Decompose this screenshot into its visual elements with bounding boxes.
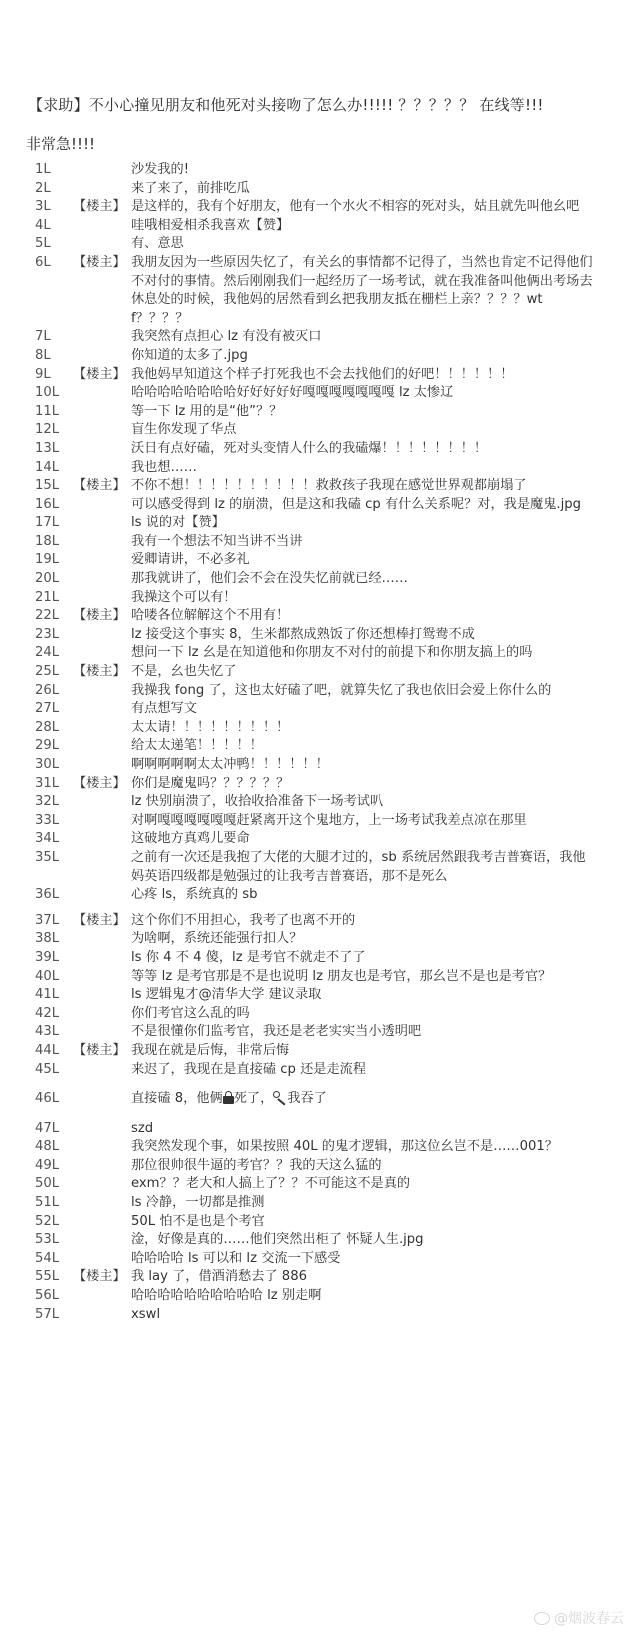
reply-row: 23Llz 接受这个事实 8，生米都熬成熟饭了你还想棒打鸳鸯不成 [0, 626, 640, 645]
reply-row: 11L等一下 lz 用的是“他”？？ [0, 403, 640, 422]
op-tag [73, 514, 131, 533]
op-tag [73, 421, 131, 440]
reply-row: 41Lls 逻辑鬼才@清华大学 建议录取 [0, 986, 640, 1005]
floor-number: 1L [0, 161, 73, 180]
floor-number: 34L [0, 830, 73, 849]
floor-number: 16L [0, 496, 73, 515]
reply-row: 36L心疼 ls，系统真的 sb [0, 886, 640, 905]
reply-content: exm？？老大和人搞上了？？不可能这不是真的 [131, 1175, 597, 1194]
op-tag [73, 737, 131, 756]
reply-content: 为啥啊，系统还能强行扣人？ [131, 930, 597, 949]
reply-row: 3L【楼主】是这样的，我有个好朋友，他有一个水火不相容的死对头，姑且就先叫他幺吧 [0, 198, 640, 217]
reply-row: 8L你知道的太多了.jpg [0, 347, 640, 366]
floor-number: 56L [0, 1287, 73, 1306]
op-tag [73, 384, 131, 403]
reply-content: 给太太递笔！！！！！ [131, 737, 597, 756]
op-tag [73, 1157, 131, 1176]
reply-content: 淦，好像是真的……他们突然出柜了 怀疑人生.jpg [131, 1231, 597, 1250]
reply-content: 哈哈哈哈哈哈哈哈好好好好好嘎嘎嘎嘎嘎嘎嘎 lz 太惨辽 [131, 384, 597, 403]
reply-row: 57Lxswl [0, 1306, 640, 1325]
floor-number: 33L [0, 812, 73, 831]
op-tag [73, 793, 131, 812]
floor-number: 43L [0, 1023, 73, 1042]
reply-content: 我朋友因为一些原因失忆了，有关幺的事情都不记得了，当然也肯定不记得他们不对付的事… [131, 254, 597, 328]
op-tag [73, 570, 131, 589]
reply-content: 那我就讲了，他们会不会在没失忆前就已经…… [131, 570, 597, 589]
reply-content: 是这样的，我有个好朋友，他有一个水火不相容的死对头，姑且就先叫他幺吧 [131, 198, 597, 217]
reply-row: 32Llz 快别崩溃了，收拾收拾准备下一场考试叭 [0, 793, 640, 812]
floor-number: 18L [0, 533, 73, 552]
reply-row: 37L【楼主】这个你们不用担心，我考了也离不开的 [0, 912, 640, 931]
op-tag: 【楼主】 [73, 366, 131, 385]
op-tag [73, 1306, 131, 1325]
reply-content: xswl [131, 1306, 597, 1325]
floor-number: 49L [0, 1157, 73, 1176]
floor-number: 3L [0, 198, 73, 217]
reply-content: ls 冷静，一切都是推测 [131, 1194, 597, 1213]
op-tag [73, 1090, 131, 1109]
weibo-icon [534, 1612, 550, 1625]
op-tag [73, 1120, 131, 1139]
floor-number: 37L [0, 912, 73, 931]
reply-content: 我突然发现个事，如果按照 40L 的鬼才逻辑，那这位幺岂不是……001？ [131, 1138, 597, 1157]
op-tag [73, 930, 131, 949]
op-tag: 【楼主】 [73, 663, 131, 682]
floor-number: 2L [0, 180, 73, 199]
floor-number: 51L [0, 1194, 73, 1213]
op-tag [73, 1061, 131, 1080]
reply-row: 2L来了来了，前排吃瓜 [0, 180, 640, 199]
watermark: @烟波春云 [534, 1608, 624, 1628]
op-tag [73, 551, 131, 570]
reply-row: 51Lls 冷静，一切都是推测 [0, 1194, 640, 1213]
floor-number: 7L [0, 328, 73, 347]
reply-row: 52L50L 怕不是也是个考官 [0, 1213, 640, 1232]
reply-content: 沃日有点好磕，死对头变情人什么的我磕爆！！！！！！！！ [131, 440, 597, 459]
reply-content: ls 说的对【赞】 [131, 514, 597, 533]
reply-row: 4L哇哦相爱相杀我喜欢【赞】 [0, 217, 640, 236]
reply-thread: 1L沙发我的! 2L来了来了，前排吃瓜 3L【楼主】是这样的，我有个好朋友，他有… [0, 161, 640, 1324]
op-tag [73, 1213, 131, 1232]
reply-content: 盲生你发现了华点 [131, 421, 597, 440]
floor-number: 17L [0, 514, 73, 533]
floor-number: 14L [0, 459, 73, 478]
reply-content: lz 接受这个事实 8，生米都熬成熟饭了你还想棒打鸳鸯不成 [131, 626, 597, 645]
floor-number: 41L [0, 986, 73, 1005]
reply-content: 爱卿请讲，不必多礼 [131, 551, 597, 570]
reply-row: 28L太太请！！！！！！！！！ [0, 719, 640, 738]
reply-row: 9L【楼主】我他妈早知道这个样子打死我也不会去找他们的好吧！！！！！！ [0, 366, 640, 385]
reply-row: 40L等等 lz 是考官那是不是也说明 lz 朋友也是考官，那幺岂不是也是考官？ [0, 968, 640, 987]
op-tag: 【楼主】 [73, 254, 131, 328]
op-tag [73, 1138, 131, 1157]
floor-number: 36L [0, 886, 73, 905]
reply-content: 这个你们不用担心，我考了也离不开的 [131, 912, 597, 931]
reply-content: 可以感受得到 lz 的崩溃，但是这和我磕 cp 有什么关系呢？对，我是魔鬼.jp… [131, 496, 597, 515]
watermark-text: @烟波春云 [554, 1608, 624, 1628]
reply-content: 那位很帅很牛逼的考官？？我的天这么猛的 [131, 1157, 597, 1176]
floor-number: 6L [0, 254, 73, 328]
op-tag [73, 1231, 131, 1250]
op-tag [73, 403, 131, 422]
reply-row: 27L有点想写文 [0, 700, 640, 719]
op-tag [73, 644, 131, 663]
reply-content: 之前有一次还是我抱了大佬的大腿才过的，sb 系统居然跟我考吉普赛语，我他妈英语四… [131, 849, 597, 886]
reply-content: 我 lay 了，借酒消愁去了 886 [131, 1268, 597, 1287]
reply-row: 22L【楼主】哈喽各位解解这个不用有！ [0, 607, 640, 626]
reply-row: 14L我也想…… [0, 459, 640, 478]
op-tag [73, 180, 131, 199]
op-tag [73, 1194, 131, 1213]
op-tag [73, 589, 131, 608]
floor-number: 53L [0, 1231, 73, 1250]
floor-number: 39L [0, 949, 73, 968]
reply-content: 哈哈哈哈 ls 可以和 lz 交流一下感受 [131, 1250, 597, 1269]
floor-number: 26L [0, 682, 73, 701]
reply-row: 44L【楼主】我现在就是后悔，非常后悔 [0, 1042, 640, 1061]
reply-content: 我也想…… [131, 459, 597, 478]
reply-row: 48L我突然发现个事，如果按照 40L 的鬼才逻辑，那这位幺岂不是……001？ [0, 1138, 640, 1157]
post-title: 【求助】不小心撞见朋友和他死对头接吻了怎么办!!!!! ？？？？？ 在线等!!! [28, 94, 544, 115]
op-tag [73, 328, 131, 347]
op-tag: 【楼主】 [73, 775, 131, 794]
op-tag [73, 161, 131, 180]
floor-number: 27L [0, 700, 73, 719]
reply-row: 43L不是很懂你们监考官，我还是老老实实当小透明吧 [0, 1023, 640, 1042]
op-tag [73, 459, 131, 478]
floor-number: 31L [0, 775, 73, 794]
reply-content: 等一下 lz 用的是“他”？？ [131, 403, 597, 422]
reply-content: 我现在就是后悔，非常后悔 [131, 1042, 597, 1061]
reply-row: 5L有、意思 [0, 235, 640, 254]
reply-row: 19L爱卿请讲，不必多礼 [0, 551, 640, 570]
reply-row: 55L【楼主】我 lay 了，借酒消愁去了 886 [0, 1268, 640, 1287]
reply-row: 56L哈哈哈哈哈哈哈哈哈哈 lz 别走啊 [0, 1287, 640, 1306]
floor-number: 15L [0, 477, 73, 496]
reply-row: 29L给太太递笔！！！！！ [0, 737, 640, 756]
floor-number: 5L [0, 235, 73, 254]
reply-content: 等等 lz 是考官那是不是也说明 lz 朋友也是考官，那幺岂不是也是考官？ [131, 968, 597, 987]
op-tag [73, 533, 131, 552]
reply-content: 有、意思 [131, 235, 597, 254]
op-tag [73, 1175, 131, 1194]
floor-number: 52L [0, 1213, 73, 1232]
reply-content: 来了来了，前排吃瓜 [131, 180, 597, 199]
op-tag: 【楼主】 [73, 198, 131, 217]
op-tag: 【楼主】 [73, 1042, 131, 1061]
reply-row: 38L为啥啊，系统还能强行扣人？ [0, 930, 640, 949]
reply-content: 哇哦相爱相杀我喜欢【赞】 [131, 217, 597, 236]
op-tag [73, 347, 131, 366]
floor-number: 40L [0, 968, 73, 987]
reply-content: ls 你 4 不 4 傻，lz 是考官不就走不了了 [131, 949, 597, 968]
reply-row: 49L那位很帅很牛逼的考官？？我的天这么猛的 [0, 1157, 640, 1176]
op-tag [73, 496, 131, 515]
reply-row: 34L这破地方真鸡儿要命 [0, 830, 640, 849]
reply-row: 24L想问一下 lz 幺是在知道他和你朋友不对付的前提下和你朋友搞上的吗 [0, 644, 640, 663]
floor-number: 35L [0, 849, 73, 886]
op-tag: 【楼主】 [73, 1268, 131, 1287]
reply-content: 我他妈早知道这个样子打死我也不会去找他们的好吧！！！！！！ [131, 366, 597, 385]
op-tag [73, 849, 131, 886]
reply-content: 不是很懂你们监考官，我还是老老实实当小透明吧 [131, 1023, 597, 1042]
reply-content: 我操我 fong 了，这也太好磕了吧，就算失忆了我也依旧会爱上你什么的 [131, 682, 597, 701]
reply-content: 不你不想！！！！！！！！！！救救孩子我现在感觉世界观都崩塌了 [131, 477, 597, 496]
reply-row: 10L哈哈哈哈哈哈哈哈好好好好好嘎嘎嘎嘎嘎嘎嘎 lz 太惨辽 [0, 384, 640, 403]
reply-content: 想问一下 lz 幺是在知道他和你朋友不对付的前提下和你朋友搞上的吗 [131, 644, 597, 663]
reply-text: 死了， [234, 1091, 274, 1106]
reply-content: 对啊嘎嘎嘎嘎嘎嘎赶紧离开这个鬼地方，上一场考试我差点凉在那里 [131, 812, 597, 831]
op-tag [73, 986, 131, 1005]
floor-number: 29L [0, 737, 73, 756]
reply-row: 15L【楼主】不你不想！！！！！！！！！！救救孩子我现在感觉世界观都崩塌了 [0, 477, 640, 496]
floor-number: 45L [0, 1061, 73, 1080]
reply-content: 哈哈哈哈哈哈哈哈哈哈 lz 别走啊 [131, 1287, 597, 1306]
reply-row: 50Lexm？？老大和人搞上了？？不可能这不是真的 [0, 1175, 640, 1194]
op-tag [73, 1023, 131, 1042]
reply-content: 太太请！！！！！！！！！ [131, 719, 597, 738]
floor-number: 12L [0, 421, 73, 440]
reply-content: 哈喽各位解解这个不用有！ [131, 607, 597, 626]
reply-row: 1L沙发我的! [0, 161, 640, 180]
reply-content: 50L 怕不是也是个考官 [131, 1213, 597, 1232]
reply-content: 来迟了，我现在是直接磕 cp 还是走流程 [131, 1061, 597, 1080]
floor-number: 8L [0, 347, 73, 366]
op-tag: 【楼主】 [73, 477, 131, 496]
floor-number: 25L [0, 663, 73, 682]
reply-text: 我吞了 [287, 1091, 327, 1106]
post-subtitle: 非常急!!!! [26, 133, 95, 154]
op-tag [73, 682, 131, 701]
op-tag [73, 1250, 131, 1269]
floor-number: 13L [0, 440, 73, 459]
reply-row: 13L沃日有点好磕，死对头变情人什么的我磕爆！！！！！！！！ [0, 440, 640, 459]
floor-number: 30L [0, 756, 73, 775]
floor-number: 44L [0, 1042, 73, 1061]
op-tag [73, 440, 131, 459]
op-tag [73, 700, 131, 719]
op-tag [73, 719, 131, 738]
reply-row: 25L【楼主】不是，幺也失忆了 [0, 663, 640, 682]
floor-number: 20L [0, 570, 73, 589]
floor-number: 4L [0, 217, 73, 236]
reply-row: 33L对啊嘎嘎嘎嘎嘎嘎赶紧离开这个鬼地方，上一场考试我差点凉在那里 [0, 812, 640, 831]
reply-row: 39Lls 你 4 不 4 傻，lz 是考官不就走不了了 [0, 949, 640, 968]
reply-row: 42L你们考官这么乱的吗 [0, 1005, 640, 1024]
reply-content: ls 逻辑鬼才@清华大学 建议录取 [131, 986, 597, 1005]
reply-content: 你们是魔鬼吗？？？？？？ [131, 775, 597, 794]
reply-row: 17Lls 说的对【赞】 [0, 514, 640, 533]
op-tag [73, 1005, 131, 1024]
reply-content: 啊啊啊啊啊太太冲鸭！！！！！！ [131, 756, 597, 775]
floor-number: 19L [0, 551, 73, 570]
op-tag: 【楼主】 [73, 912, 131, 931]
reply-row: 54L哈哈哈哈 ls 可以和 lz 交流一下感受 [0, 1250, 640, 1269]
reply-row: 16L可以感受得到 lz 的崩溃，但是这和我磕 cp 有什么关系呢？对，我是魔鬼… [0, 496, 640, 515]
floor-number: 21L [0, 589, 73, 608]
op-tag [73, 830, 131, 849]
floor-number: 24L [0, 644, 73, 663]
reply-row: 21L我操这个可以有！ [0, 589, 640, 608]
floor-number: 28L [0, 719, 73, 738]
reply-row: 45L来迟了，我现在是直接磕 cp 还是走流程 [0, 1061, 640, 1080]
op-tag [73, 968, 131, 987]
floor-number: 48L [0, 1138, 73, 1157]
reply-content: lz 快别崩溃了，收拾收拾准备下一场考试叭 [131, 793, 597, 812]
reply-content: 直接磕 8，他俩死了，我吞了 [131, 1090, 597, 1109]
op-tag [73, 886, 131, 905]
floor-number: 23L [0, 626, 73, 645]
floor-number: 57L [0, 1306, 73, 1325]
op-tag [73, 1287, 131, 1306]
floor-number: 38L [0, 930, 73, 949]
reply-row: 47Lszd [0, 1120, 640, 1139]
floor-number: 50L [0, 1175, 73, 1194]
reply-row: 53L淦，好像是真的……他们突然出柜了 怀疑人生.jpg [0, 1231, 640, 1250]
op-tag [73, 626, 131, 645]
reply-content: 这破地方真鸡儿要命 [131, 830, 597, 849]
floor-number: 54L [0, 1250, 73, 1269]
op-tag [73, 235, 131, 254]
op-tag: 【楼主】 [73, 607, 131, 626]
floor-number: 46L [0, 1090, 73, 1109]
reply-row: 35L之前有一次还是我抱了大佬的大腿才过的，sb 系统居然跟我考吉普赛语，我他妈… [0, 849, 640, 886]
reply-content: 心疼 ls，系统真的 sb [131, 886, 597, 905]
reply-content: 我突然有点担心 lz 有没有被灭口 [131, 328, 597, 347]
reply-row: 30L啊啊啊啊啊太太冲鸭！！！！！！ [0, 756, 640, 775]
reply-row: 20L那我就讲了，他们会不会在没失忆前就已经…… [0, 570, 640, 589]
reply-content: 沙发我的! [131, 161, 597, 180]
reply-row: 6L【楼主】我朋友因为一些原因失忆了，有关幺的事情都不记得了，当然也肯定不记得他… [0, 254, 640, 328]
floor-number: 42L [0, 1005, 73, 1024]
reply-row: 26L我操我 fong 了，这也太好磕了吧，就算失忆了我也依旧会爱上你什么的 [0, 682, 640, 701]
reply-content: 你们考官这么乱的吗 [131, 1005, 597, 1024]
reply-content: 我操这个可以有！ [131, 589, 597, 608]
reply-row: 7L我突然有点担心 lz 有没有被灭口 [0, 328, 640, 347]
reply-row: 12L盲生你发现了华点 [0, 421, 640, 440]
reply-row: 18L我有一个想法不知当讲不当讲 [0, 533, 640, 552]
key-icon [273, 1091, 287, 1104]
floor-number: 9L [0, 366, 73, 385]
reply-content: 我有一个想法不知当讲不当讲 [131, 533, 597, 552]
floor-number: 22L [0, 607, 73, 626]
op-tag [73, 949, 131, 968]
floor-number: 10L [0, 384, 73, 403]
floor-number: 11L [0, 403, 73, 422]
reply-content: szd [131, 1120, 597, 1139]
reply-content: 有点想写文 [131, 700, 597, 719]
reply-content: 你知道的太多了.jpg [131, 347, 597, 366]
op-tag [73, 217, 131, 236]
floor-number: 32L [0, 793, 73, 812]
reply-content: 不是，幺也失忆了 [131, 663, 597, 682]
floor-number: 55L [0, 1268, 73, 1287]
op-tag [73, 812, 131, 831]
lock-icon [223, 1091, 234, 1104]
floor-number: 47L [0, 1120, 73, 1139]
op-tag [73, 756, 131, 775]
reply-row: 46L直接磕 8，他俩死了，我吞了 [0, 1090, 640, 1109]
reply-row: 31L【楼主】你们是魔鬼吗？？？？？？ [0, 775, 640, 794]
reply-text: 直接磕 8，他俩 [131, 1091, 223, 1106]
